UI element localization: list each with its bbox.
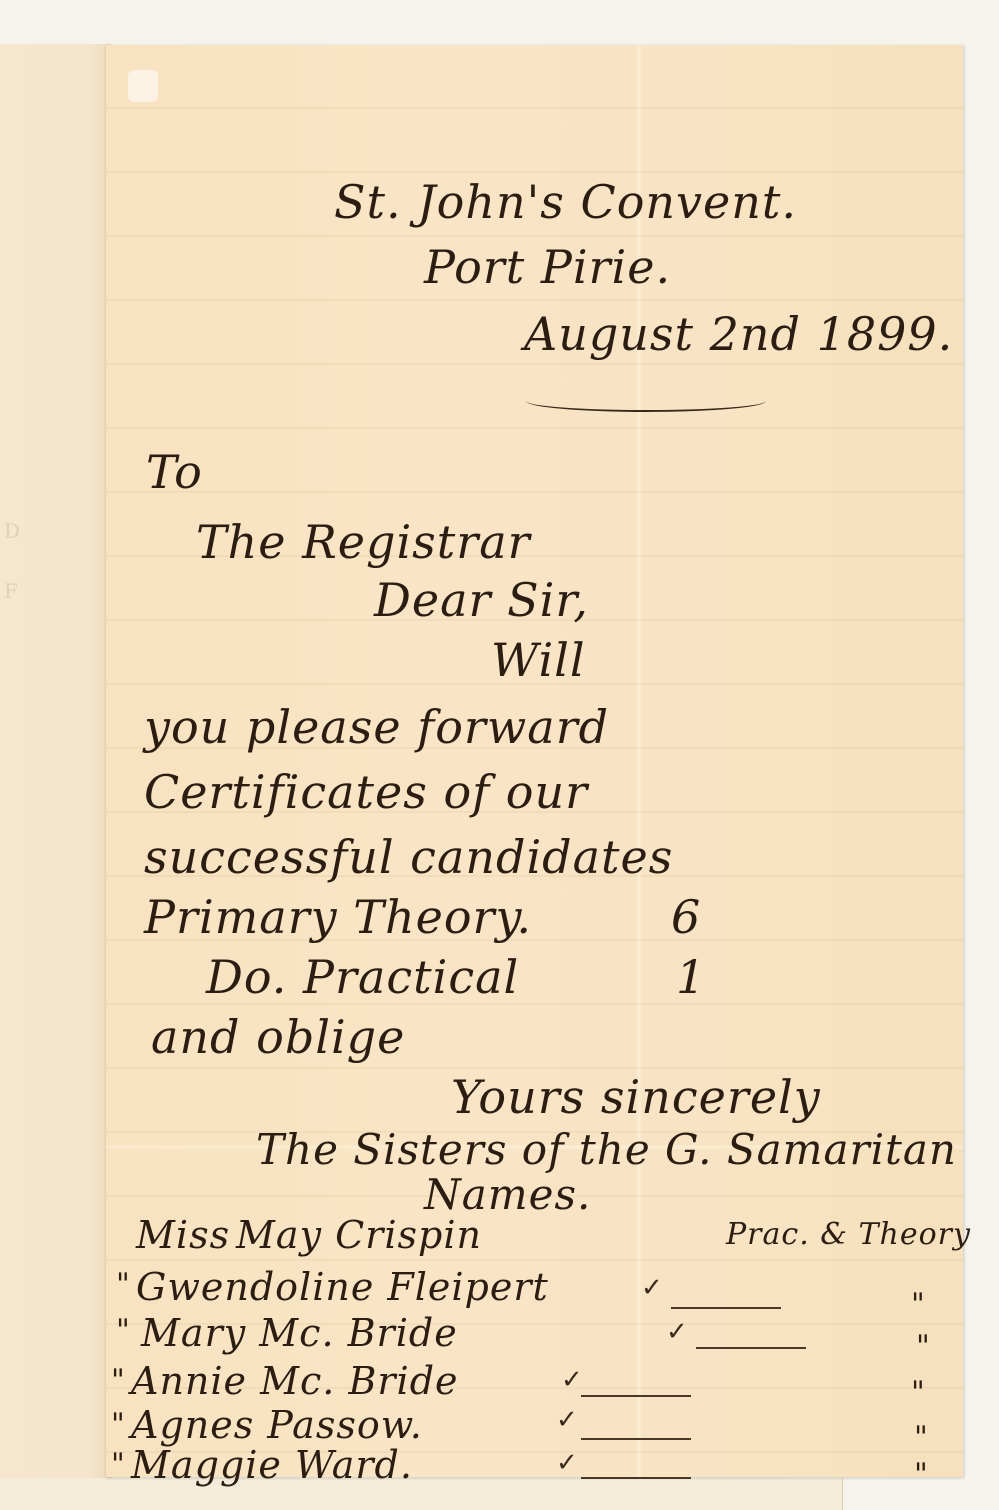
checkmark-icon: ✓ — [556, 1448, 578, 1478]
checkmark-icon: ✓ — [641, 1273, 663, 1303]
body-line-1: Will — [491, 633, 586, 687]
name-prefix: Miss — [136, 1213, 230, 1257]
ditto-mark: " — [916, 1329, 930, 1364]
bleed-through-mark: D — [4, 519, 20, 543]
ditto-mark: " — [116, 1267, 130, 1302]
ditto-mark: " — [111, 1407, 125, 1442]
checkmark-icon: ✓ — [556, 1405, 578, 1435]
date-flourish — [526, 390, 766, 412]
ditto-line — [581, 1477, 691, 1479]
letter-page: St. John's Convent. Port Pirie. August 2… — [105, 45, 963, 1477]
ditto-mark: " — [914, 1457, 928, 1492]
ditto-line — [671, 1307, 781, 1309]
ditto-mark: " — [111, 1447, 125, 1482]
letter-date: August 2nd 1899. — [524, 307, 953, 361]
ditto-line — [696, 1347, 806, 1349]
candidate-name: May Crispin — [236, 1213, 482, 1257]
ditto-line — [581, 1438, 691, 1440]
candidate-name: Mary Mc. Bride — [141, 1311, 458, 1355]
body-line-2: you please forward — [144, 700, 609, 754]
candidate-name: Gwendoline Fleipert — [136, 1265, 549, 1309]
paper-stain — [128, 70, 158, 102]
ditto-mark: " — [911, 1287, 925, 1322]
underlying-page-bottom — [0, 1478, 843, 1510]
names-heading: Names. — [424, 1170, 591, 1219]
recipient: The Registrar — [196, 515, 531, 569]
candidate-name: Annie Mc. Bride — [131, 1359, 459, 1403]
body-line-4: successful candidates — [144, 830, 673, 884]
ditto-mark: " — [116, 1313, 130, 1348]
tally-count: 6 — [671, 890, 701, 944]
ditto-mark: " — [914, 1420, 928, 1455]
sign-off: Yours sincerely — [451, 1070, 821, 1124]
closing-request: and oblige — [151, 1010, 405, 1064]
greeting: Dear Sir, — [374, 573, 589, 627]
tally-label: Primary Theory. — [144, 890, 532, 944]
body-line-3: Certificates of our — [144, 765, 588, 819]
address-line-1: St. John's Convent. — [334, 175, 797, 229]
ditto-mark: " — [911, 1375, 925, 1410]
bleed-through-mark: F — [4, 579, 18, 603]
salutation-to: To — [146, 445, 203, 499]
tally-count: 1 — [676, 950, 706, 1004]
signature: The Sisters of the G. Samaritan — [256, 1125, 957, 1174]
candidate-name: Maggie Ward. — [131, 1443, 413, 1487]
tally-label: Do. Practical — [206, 950, 519, 1004]
underlying-page: D F — [0, 44, 111, 1510]
ditto-mark: " — [111, 1363, 125, 1398]
candidate-subject: Prac. & Theory — [726, 1217, 971, 1252]
checkmark-icon: ✓ — [666, 1317, 688, 1347]
checkmark-icon: ✓ — [561, 1365, 583, 1395]
ditto-line — [581, 1395, 691, 1397]
candidate-name: Agnes Passow. — [131, 1403, 423, 1447]
address-line-2: Port Pirie. — [424, 240, 671, 294]
